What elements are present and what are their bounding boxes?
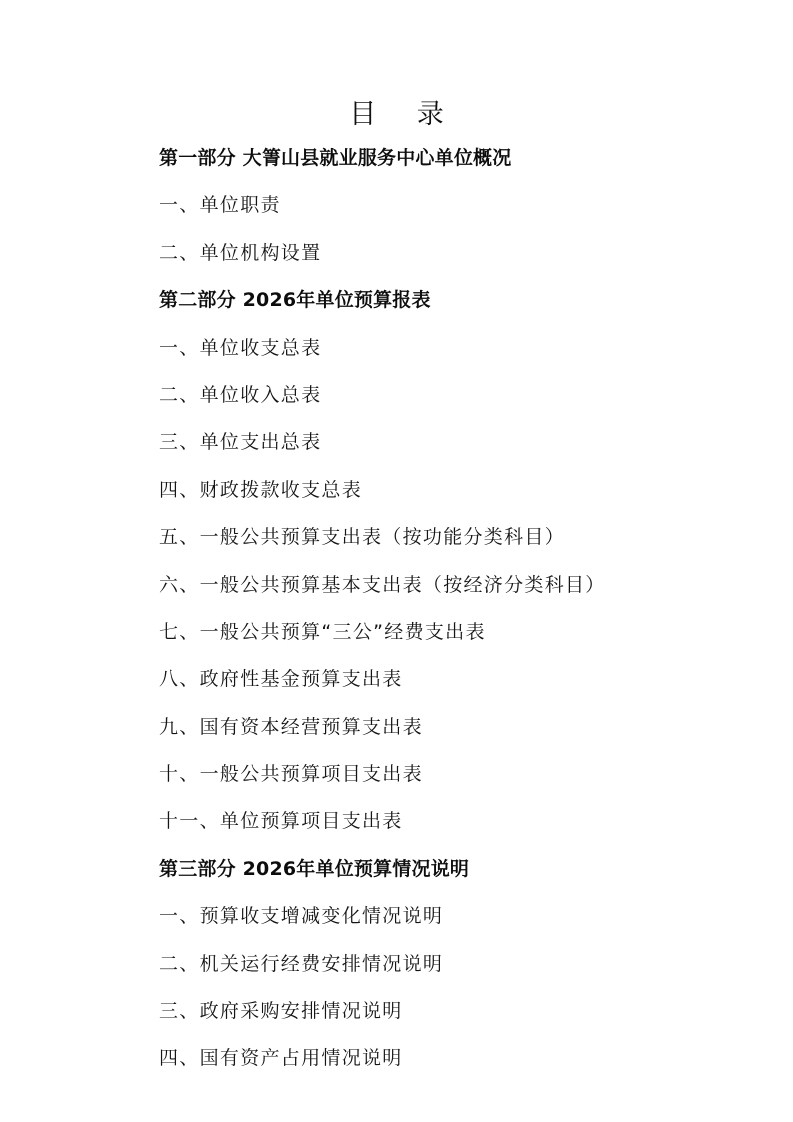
toc-item-expense-summary[interactable]: 三、单位支出总表 <box>159 428 759 475</box>
toc-item-fiscal-appropriation-summary[interactable]: 四、财政拨款收支总表 <box>159 476 759 523</box>
toc-item-general-budget-projects[interactable]: 十、一般公共预算项目支出表 <box>159 760 759 807</box>
toc-item-income-summary[interactable]: 二、单位收入总表 <box>159 381 759 428</box>
table-of-contents: 第一部分 大箐山县就业服务中心单位概况 一、单位职责 二、单位机构设置 第二部分… <box>159 144 759 1092</box>
toc-item-state-capital-budget[interactable]: 九、国有资本经营预算支出表 <box>159 713 759 760</box>
toc-item-general-budget-basic-by-economic[interactable]: 六、一般公共预算基本支出表（按经济分类科目） <box>159 571 759 618</box>
document-page: 目 录 第一部分 大箐山县就业服务中心单位概况 一、单位职责 二、单位机构设置 … <box>0 0 793 1122</box>
toc-item-procurement-explanation[interactable]: 三、政府采购安排情况说明 <box>159 997 759 1044</box>
page-title: 目 录 <box>0 98 793 132</box>
toc-item-budget-change-explanation[interactable]: 一、预算收支增减变化情况说明 <box>159 902 759 949</box>
toc-item-unit-duties[interactable]: 一、单位职责 <box>159 191 759 238</box>
toc-item-government-fund-budget[interactable]: 八、政府性基金预算支出表 <box>159 665 759 712</box>
toc-item-state-assets-explanation[interactable]: 四、国有资产占用情况说明 <box>159 1044 759 1091</box>
toc-item-unit-budget-projects[interactable]: 十一、单位预算项目支出表 <box>159 807 759 854</box>
toc-item-general-budget-by-function[interactable]: 五、一般公共预算支出表（按功能分类科目） <box>159 523 759 570</box>
toc-part-3[interactable]: 第三部分 2026年单位预算情况说明 <box>159 855 759 902</box>
toc-part-1[interactable]: 第一部分 大箐山县就业服务中心单位概况 <box>159 144 759 191</box>
toc-item-operating-expense-explanation[interactable]: 二、机关运行经费安排情况说明 <box>159 950 759 997</box>
toc-part-2[interactable]: 第二部分 2026年单位预算报表 <box>159 286 759 333</box>
toc-item-three-public-expenses[interactable]: 七、一般公共预算“三公”经费支出表 <box>159 618 759 665</box>
toc-item-income-expense-summary[interactable]: 一、单位收支总表 <box>159 334 759 381</box>
toc-item-unit-structure[interactable]: 二、单位机构设置 <box>159 239 759 286</box>
